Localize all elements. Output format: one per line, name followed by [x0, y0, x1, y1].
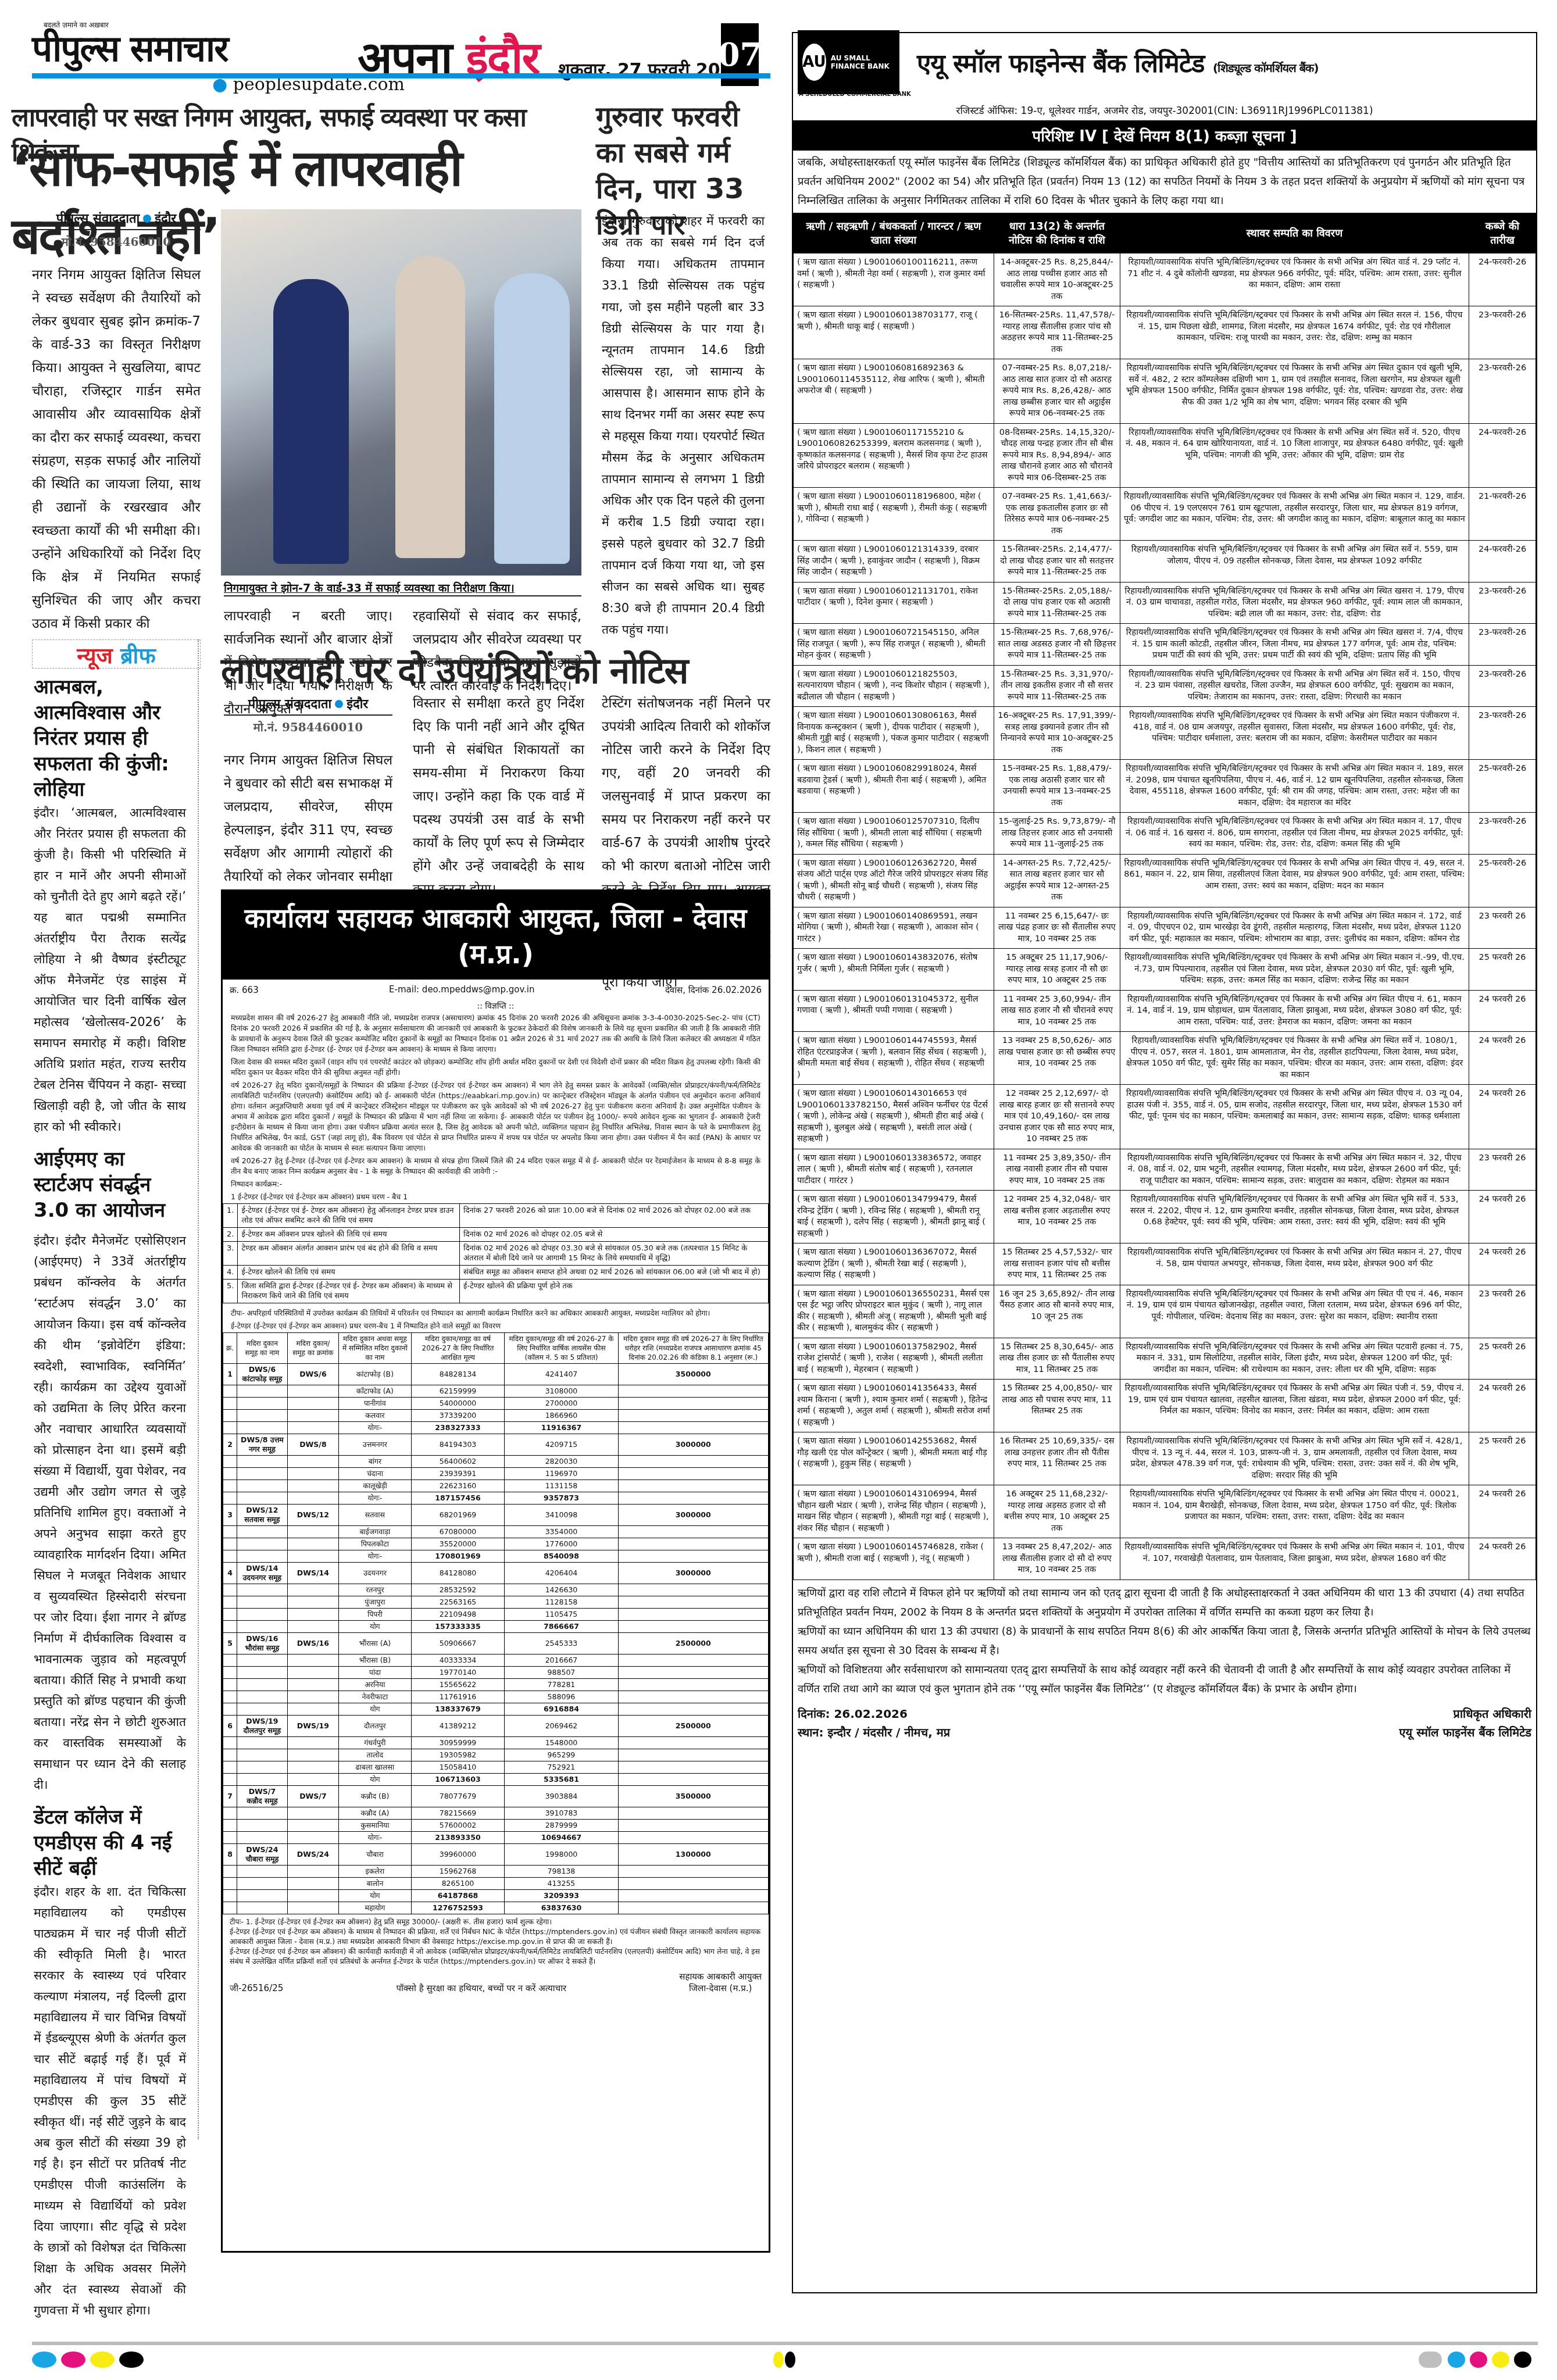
notice-signature: जी-26516/25 पॉक्सो है सुरक्षा का हथियार,…	[223, 1968, 769, 1996]
registration-marks-right	[1419, 2352, 1535, 2369]
news-photo	[221, 209, 581, 576]
brief-headline: आईएमए का स्टार्टअप संवर्द्धन 3.0 का आयोज…	[34, 1146, 186, 1223]
loan-row: ( ऋण खाता संख्या ) L9001060100116211, तर…	[794, 253, 1536, 306]
loan-row: ( ऋण खाता संख्या ) L9001060143016653 एवं…	[794, 1085, 1536, 1149]
lead-byline-block: पीपुल्स संवाददाताइंदौर मो.नं. 9584460010…	[32, 209, 201, 635]
column-divider	[198, 639, 199, 2139]
loan-row: ( ऋण खाता संख्या ) L9001060816892363 & L…	[794, 359, 1536, 424]
group-row: कुसमानिया576000022879999	[223, 1820, 769, 1832]
group-row: पुंजापुरा225631651128158	[223, 1596, 769, 1609]
bank-possession-notice: AU AU SMALL FINANCE BANK एयू स्मॉल फाइने…	[792, 32, 1537, 2293]
loan-row: ( ऋण खाता संख्या ) L9001060721545150, अन…	[794, 624, 1536, 666]
registration-marks-left	[32, 2352, 381, 2369]
loan-row: ( ऋण खाता संख्या ) L9001060136550231, मै…	[794, 1285, 1536, 1338]
loan-row: ( ऋण खाता संख्या ) L9001060121131701, रा…	[794, 582, 1536, 624]
dot-icon	[143, 215, 151, 223]
notice-band: परिशिष्ट IV [ देखें नियम 8(1) कब्ज़ा सूच…	[793, 120, 1536, 151]
brief-body: इंदौर। शहर के शा. दंत चिकित्सा महाविद्या…	[34, 1881, 186, 2321]
loan-row: ( ऋण खाता संख्या ) L9001060136367072, मै…	[794, 1243, 1536, 1285]
group-row: रतनपुर285325921426630	[223, 1584, 769, 1596]
loan-row: ( ऋण खाता संख्या ) L9001060131045372, सु…	[794, 990, 1536, 1032]
notice-footnotes: टीपः- 1. ई-टेण्डर (ई-टेण्डर एवं ई-टेण्डर…	[223, 1914, 769, 1968]
group-total-row: योग1067136035335681	[223, 1774, 769, 1786]
dot-icon	[335, 700, 343, 708]
group-row: बांगर564006022820030	[223, 1456, 769, 1468]
loan-row: ( ऋण खाता संख्या ) L9001060138703177, रा…	[794, 306, 1536, 359]
loan-row: ( ऋण खाता संख्या ) L9001060118196800, मह…	[794, 488, 1536, 541]
schedule-row: 5.जिला समिति द्वारा ई-टेण्डर (ई-टेण्डर ए…	[223, 1280, 769, 1303]
schedule-row: 1.ई-टेण्डर (ई-टेण्डर एवं ई- टेण्डर कम ऑक…	[223, 1204, 769, 1228]
notice-email[interactable]: E-mail: deo.mpeddws@mp.gov.in	[389, 984, 535, 996]
loan-row: ( ऋण खाता संख्या ) L9001060121314339, दर…	[794, 541, 1536, 583]
group-row: पानीगांव540000002700000	[223, 1398, 769, 1410]
group-row: कॉंटाफोड (A)621599993108000	[223, 1385, 769, 1398]
group-total-row: योगः-23832733311916367	[223, 1422, 769, 1434]
group-row: 2DWS/8 उत्तम नगर समूहDWS/8उत्तमनगर841943…	[223, 1434, 769, 1456]
group-row: 8DWS/24 चौबारा समूहDWS/24चौबारा399600001…	[223, 1844, 769, 1866]
bank-signature: दिनांक: 26.02.2026स्थान: इन्दौर / मंदसौर…	[793, 1702, 1536, 1744]
group-row: इकलेरा15962768798138	[223, 1866, 769, 1878]
loan-row: ( ऋण खाता संख्या ) L9001060121825503, सत…	[794, 665, 1536, 707]
group-total-row: योगः-1708019698540098	[223, 1550, 769, 1563]
lead-col1: नगर निगम आयुक्त क्षितिज सिघल ने स्वच्छ स…	[32, 263, 201, 635]
weather-body: इंदौर। गुरुवार को शहर में फरवरी का अब तक…	[602, 210, 765, 641]
group-total-row: योगः-1871574569357873	[223, 1492, 769, 1505]
loan-row: ( ऋण खाता संख्या ) L9001060125707310, दि…	[794, 813, 1536, 855]
newspaper-logo: पीपुल्स समाचार	[32, 23, 228, 72]
loan-row: ( ऋण खाता संख्या ) L9001060144745593, मै…	[794, 1032, 1536, 1085]
bank-name: एयू स्मॉल फाइनेन्स बैंक लिमिटेड (शिड्यूल…	[917, 45, 1319, 80]
loan-row: ( ऋण खाता संख्या ) L9001060140869591, लख…	[794, 907, 1536, 949]
group-total-row: योग641878683209393	[223, 1890, 769, 1902]
group-total-row: योग1383376796916884	[223, 1703, 769, 1716]
group-row: 4DWS/14 उदयनगर समूहDWS/14उदयनगर841280804…	[223, 1563, 769, 1584]
loan-row: ( ऋण खाता संख्या ) L9001060143106994, मै…	[794, 1485, 1536, 1538]
excise-notice: कार्यालय सहायक आबकारी आयुक्त, जिला - देव…	[221, 889, 770, 2253]
loan-row: ( ऋण खाता संख्या ) L9001060126362720, मै…	[794, 854, 1536, 907]
reporter-mobile: मो.नं. 9584460010	[32, 234, 201, 249]
notice-intro: जबकि, अधोहस्ताक्षरकर्ता एयू स्मॉल फाइनें…	[793, 151, 1536, 213]
schedule-row: 2.ई-टेण्डर कम ऑक्शन प्रपत्र खोलने की तिथ…	[223, 1228, 769, 1242]
notice-title: कार्यालय सहायक आबकारी आयुक्त, जिला - देव…	[223, 891, 769, 980]
bank-address: रजिस्टर्ड ऑफिस: 19-ए, धूलेश्वर गार्डन, अ…	[793, 103, 1536, 117]
group-row: 1DWS/6 कांटाफोड़ समूहDWS/6कांटाफोड़ (B)8…	[223, 1364, 769, 1385]
loan-row: ( ऋण खाता संख्या ) L9001060134799479, मै…	[794, 1191, 1536, 1243]
registration-marks-mid	[773, 2352, 797, 2369]
photo-caption: निगमायुक्त ने झोन-7 के वार्ड-33 में सफाई…	[224, 580, 581, 596]
group-row: 6DWS/19 दौलतपुर समूहDWS/19दौलतपुर4138921…	[223, 1716, 769, 1737]
loan-row: ( ऋण खाता संख्या ) L9001060143832076, सं…	[794, 949, 1536, 991]
group-row: कन्नौद (A)782156693910783	[223, 1807, 769, 1820]
loan-row: ( ऋण खाता संख्या ) L9001060133836572, जव…	[794, 1149, 1536, 1191]
grand-total-row: महायोग127675259363837630	[223, 1902, 769, 1914]
group-row: भौंरासा (B)403333342016667	[223, 1654, 769, 1667]
group-row: कलवार373392001866960	[223, 1410, 769, 1422]
group-row: 3DWS/12 सतवास समूहDWS/12सतवास68201969341…	[223, 1505, 769, 1526]
group-total-row: योग1573333357866667	[223, 1621, 769, 1633]
brief-body: इंदौर। ‘आत्मबल, आत्मविश्वास और निरंतर प्…	[34, 802, 186, 1137]
group-row: पिपरी221094981105475	[223, 1609, 769, 1621]
group-row: अरनिया15565622778281	[223, 1679, 769, 1691]
footer-rule	[32, 2342, 1538, 2345]
masthead: बदलते ज़माने का अख़बार पीपुल्स समाचार ● …	[32, 23, 770, 93]
group-row: नेवरीफाटा11761916588096	[223, 1691, 769, 1703]
group-row: बालोन8265100413255	[223, 1878, 769, 1890]
byline: पीपुल्स संवाददाताइंदौर	[32, 209, 201, 230]
schedule-row: 3.टेण्डर कम ऑक्शन अंतर्गत आक्शन प्रारंभ …	[223, 1242, 769, 1266]
brief-headline: आत्मबल, आत्मविश्वास और निरंतर प्रयास ही …	[34, 674, 186, 802]
group-row: 5DWS/16 भौरांसा समूहDWS/16भौंरासा (A)509…	[223, 1633, 769, 1654]
masthead-rule	[32, 73, 770, 78]
schedule-row: 4.ई-टेण्डर खोलने की तिथि एवं समयसंबंधित …	[223, 1266, 769, 1280]
loan-row: ( ऋण खाता संख्या ) L9001060142553682, मै…	[794, 1432, 1536, 1485]
group-row: तालोद19305982965299	[223, 1749, 769, 1761]
group-row: चंदाना239393911196970	[223, 1468, 769, 1480]
second-headline: लापरवाही पर दो उपयंत्रियों को नोटिस	[221, 645, 773, 694]
loan-row: ( ऋण खाता संख्या ) L9001060141356433, मै…	[794, 1380, 1536, 1432]
brief-headline: डेंटल कॉलेज में एमडीएस की 4 नई सीटें बढ़…	[34, 1804, 186, 1881]
loan-row: ( ऋण खाता संख्या ) L9001060137582902, मै…	[794, 1338, 1536, 1380]
news-brief-column: आत्मबल, आत्मविश्वास और निरंतर प्रयास ही …	[34, 674, 186, 2321]
notice-footer: ऋणियों द्वारा वह राशि लौटाने में विफल हो…	[793, 1580, 1536, 1702]
brief-body: इंदौर। इंदौर मैनेजमेंट एसोसिएशन (आईएमए) …	[34, 1230, 186, 1795]
schedule-table: 1.ई-टेण्डर (ई-टेण्डर एवं ई- टेण्डर कम ऑक…	[223, 1203, 769, 1303]
group-row: 7DWS/7 कन्नौद समूहDWS/7कन्नौद (B)7807767…	[223, 1786, 769, 1807]
group-row: बाईजगवाड़ा670800003354000	[223, 1526, 769, 1538]
group-total-row: योगः-21389335010694667	[223, 1832, 769, 1844]
loan-row: ( ऋण खाता संख्या ) L9001060117155210 & L…	[794, 423, 1536, 488]
loan-accounts-table: ऋणी / सहऋणी / बंधककर्ता / गारन्टर / ऋण ख…	[793, 213, 1536, 1580]
news-brief-label: न्यूज ब्रीफ	[32, 639, 201, 669]
bank-logo: AU AU SMALL FINANCE BANK	[798, 30, 899, 94]
group-row: पिपलकोटा355200001776000	[223, 1538, 769, 1550]
group-row: कालूखेड़ी226231601131158	[223, 1480, 769, 1492]
loan-row: ( ऋण खाता संख्या ) L9001060829918024, मै…	[794, 760, 1536, 813]
loan-row: ( ऋण खाता संख्या ) L9001060130806163, मै…	[794, 707, 1536, 760]
group-row: पांदा19770140988507	[223, 1667, 769, 1679]
notice-meta: क्र. 663 E-mail: deo.mpeddws@mp.gov.in द…	[223, 980, 769, 1000]
slogan: पॉक्सो है सुरक्षा का हथियार, बच्चों पर न…	[396, 1982, 566, 1994]
group-row: ढाबला खालसा15058410752921	[223, 1761, 769, 1774]
liquor-groups-table: क्र.मदिरा दुकान समूह का नाममदिरा दुकान/ …	[223, 1332, 769, 1914]
loan-row: ( ऋण खाता संख्या ) L9001060145746828, रा…	[794, 1538, 1536, 1580]
group-row: गंधर्वपुरी309599991548000	[223, 1737, 769, 1749]
